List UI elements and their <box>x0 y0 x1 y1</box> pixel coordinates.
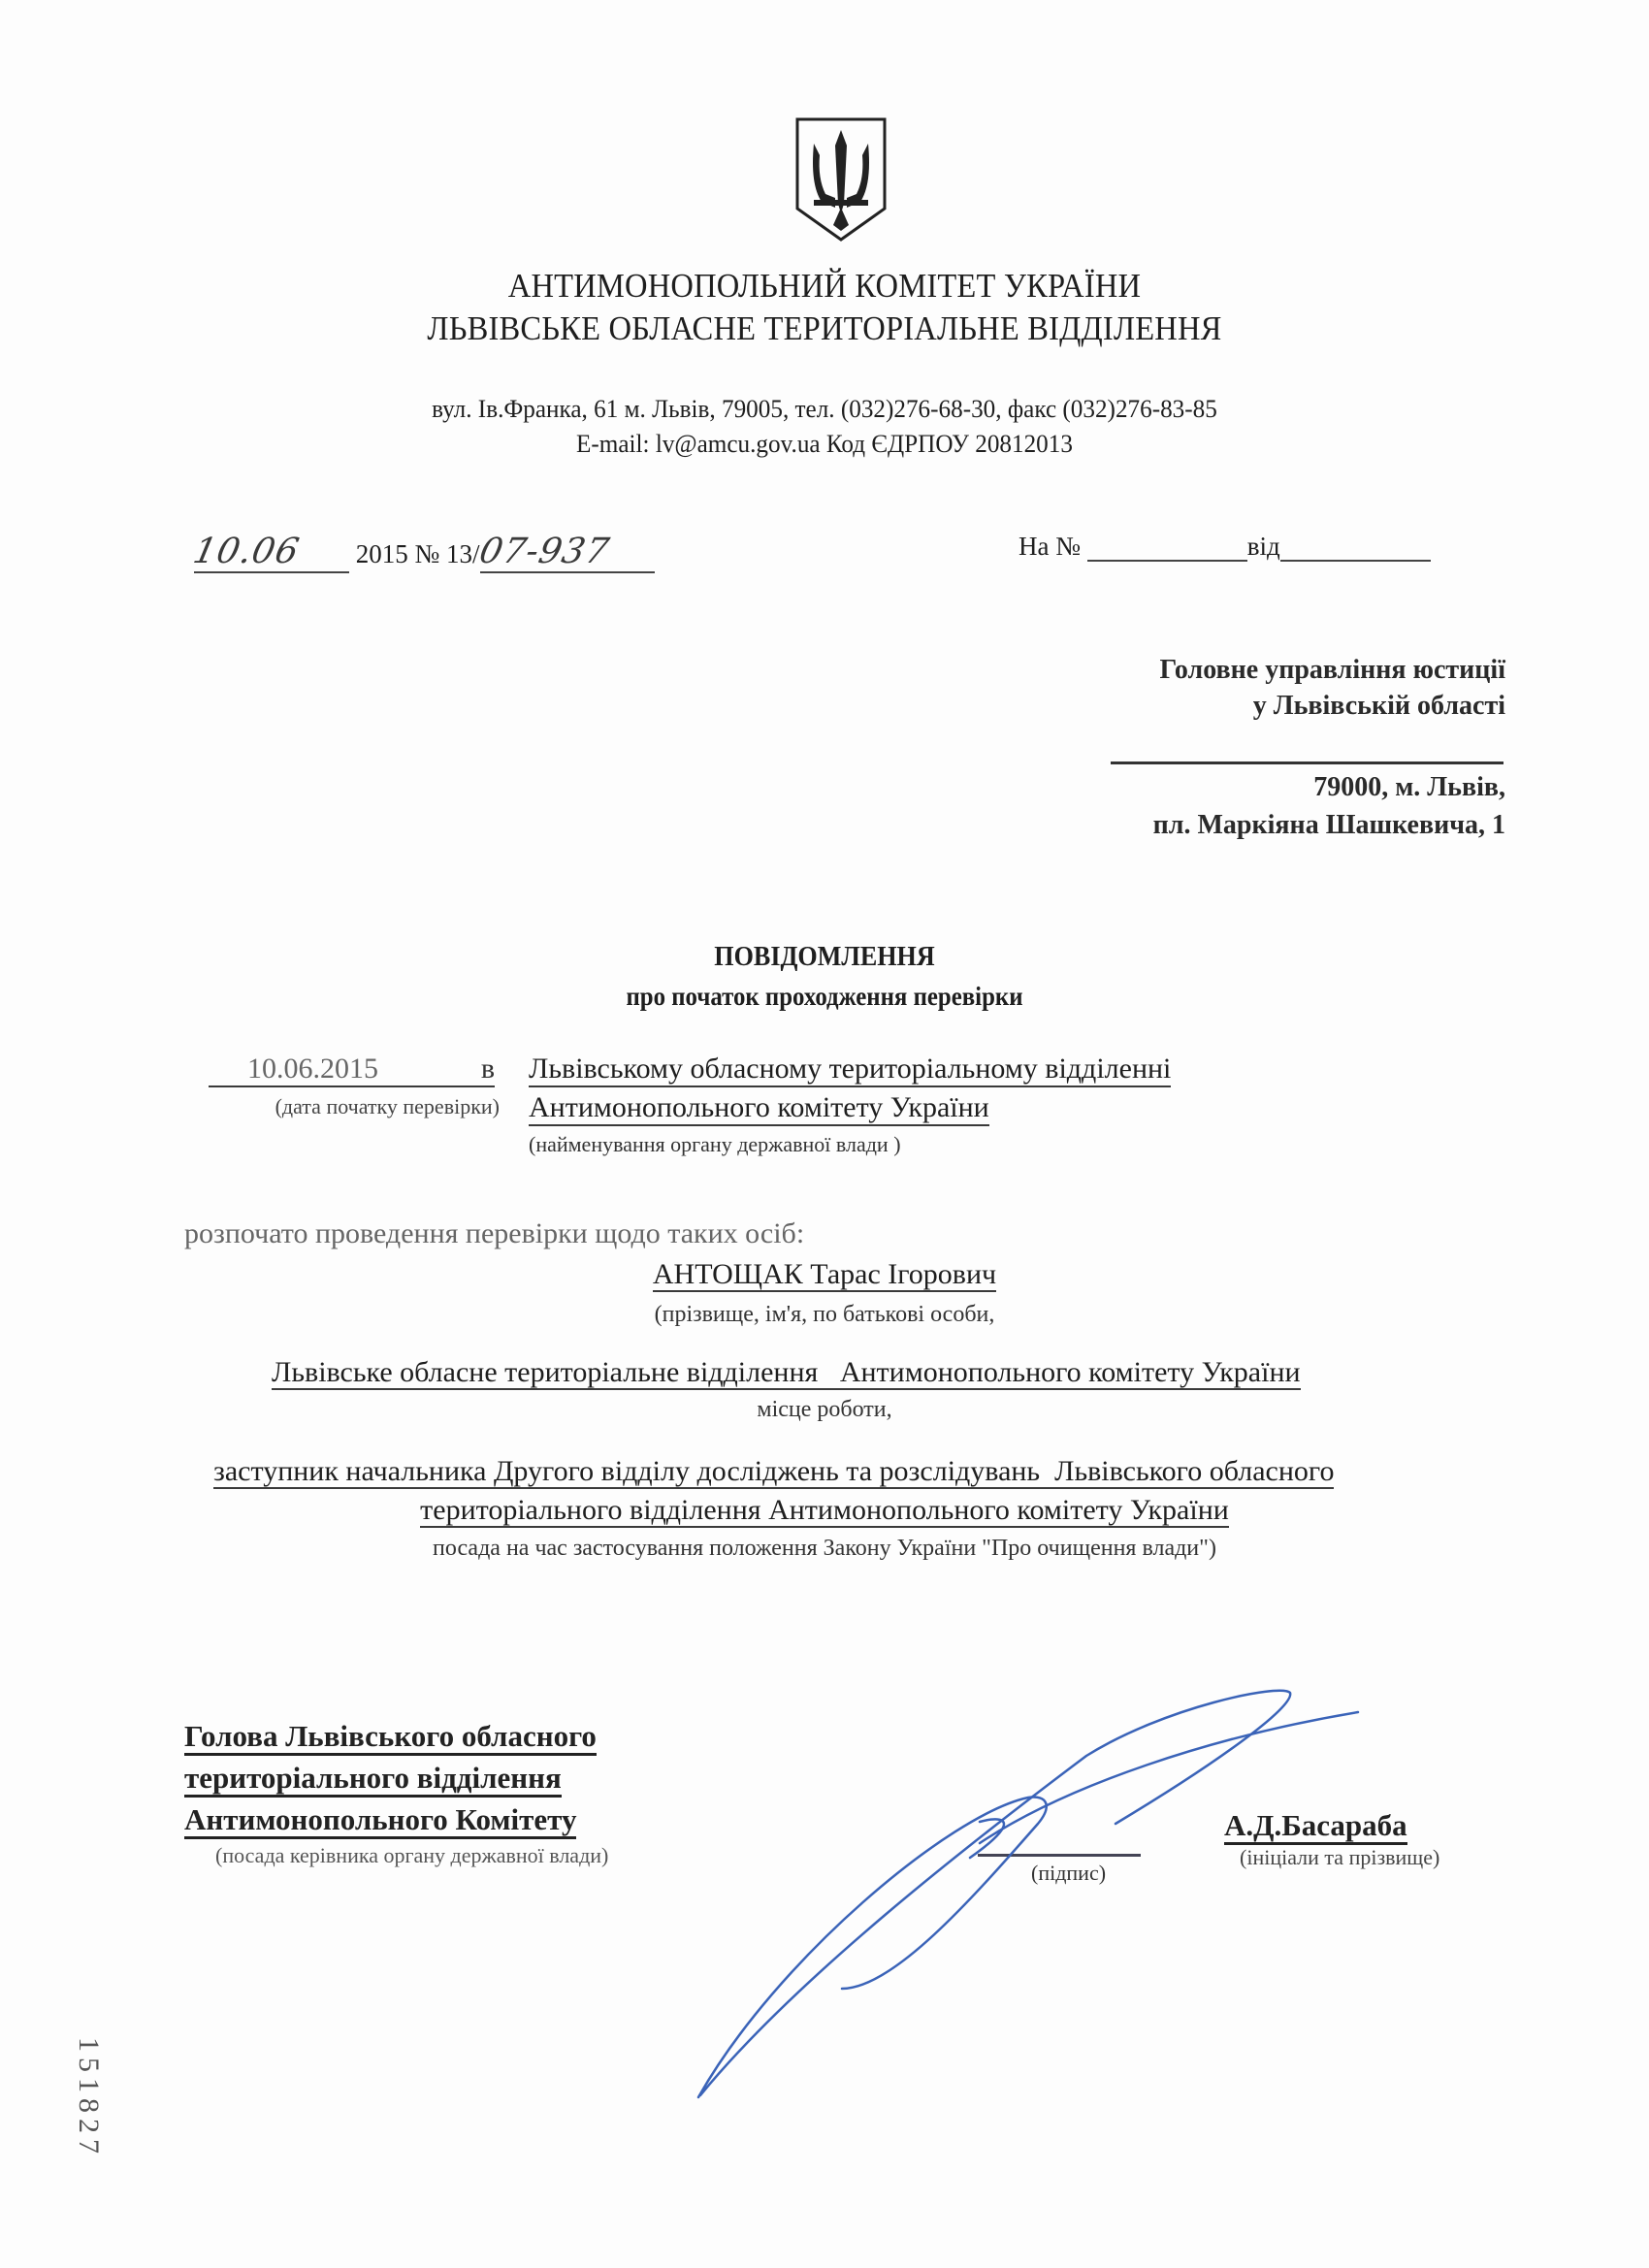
handwritten-signature-icon <box>0 0 1649 2268</box>
incoming-stamp-number: 151827 <box>66 2037 105 2159</box>
